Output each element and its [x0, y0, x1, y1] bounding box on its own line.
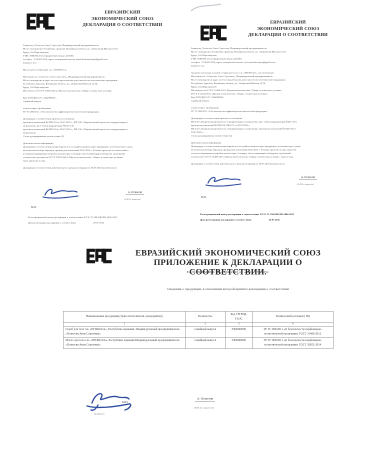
doc-right-stamp-place: М.П. [201, 196, 207, 199]
applicant-signature-icon [83, 388, 135, 414]
annex-text-layer: ЕВРАЗИЙСКИЙ ЭКОНОМИЧЕСКИЙ СОЮЗ ПРИЛОЖЕНИ… [30, 244, 360, 450]
doc-left-footer: Регистрационный номер декларации о соотв… [28, 215, 183, 226]
registration-date-line: Дата регистрации декларации о соответств… [28, 221, 183, 227]
col-header-quantity: Количество [185, 311, 225, 322]
doc-right-title: ЕВРАЗИЙСКИЙ ЭКОНОМИЧЕСКИЙ СОЮЗ ДЕКЛАРАЦИ… [243, 19, 333, 38]
product-table-header: Наименование продукции(страна изготовите… [63, 311, 333, 326]
declaration-doc-left: ЕВРАЗИЙСКИЙ ЭКОНОМИЧЕСКИЙ СОЮЗ ДЕКЛАРАЦИ… [0, 0, 187, 240]
cell-hs-code: 3304990000 [225, 337, 252, 348]
doc-left-body: Заявитель, Оганесян Анна Сергеевна, Инди… [23, 44, 173, 170]
registration-date-value: 29.07.2025 [93, 222, 104, 225]
scanned-documents-page: ЕВРАЗИЙСКИЙ ЭКОНОМИЧЕСКИЙ СОЮЗ ДЕКЛАРАЦИ… [0, 0, 375, 450]
doc-left-signatory-name: А. Оганесян [126, 191, 144, 195]
declaration-doc-right: ЕВРАЗИЙСКИЙ ЭКОНОМИЧЕСКИЙ СОЮЗ ДЕКЛАРАЦИ… [188, 0, 375, 240]
annex-declaration-number: ЕАЭС N АМ-00Б/ЛВ-1804-2025 от « 29 » 07 … [118, 270, 338, 274]
product-table: Наименование продукции(страна изготовите… [63, 311, 334, 349]
title-line: ДЕКЛАРАЦИЯ О СООТВЕТСТВИИ [243, 32, 333, 38]
annex-doc: ЕВРАЗИЙСКИЙ ЭКОНОМИЧЕСКИЙ СОЮЗ ПРИЛОЖЕНИ… [30, 244, 360, 450]
doc-left-text-layer: ЕВРАЗИЙСКИЙ ЭКОНОМИЧЕСКИЙ СОЮЗ ДЕКЛАРАЦИ… [0, 0, 187, 239]
table-row: Скраб для тела т.м. «INTRIGUA», Республи… [63, 326, 333, 337]
text-line: Декларация о соответствии действительна … [191, 163, 337, 167]
registration-date-label: Дата регистрации декларации о соответств… [200, 219, 252, 222]
doc-left-signatory-caption: (Ф.И.О. заявителя) [124, 198, 141, 201]
col-header-technical-regulation: Технический регламент, НД [252, 311, 333, 322]
annex-signatory-name: А. Оганесян [195, 397, 215, 402]
doc-left-stamp-place: М.П. [31, 206, 37, 209]
title-line: ДЕКЛАРАЦИЯ О СООТВЕТСТВИИ [75, 22, 170, 28]
registration-date-label: Дата регистрации декларации о соответств… [28, 222, 76, 225]
registration-date-value: 29.07.2025 [269, 219, 280, 222]
registration-date-line: Дата регистрации декларации о соответств… [200, 218, 360, 224]
doc-left-title: ЕВРАЗИЙСКИЙ ЭКОНОМИЧЕСКИЙ СОЮЗ ДЕКЛАРАЦИ… [75, 9, 170, 28]
cell-product-name: Скраб для тела т.м. «INTRIGUA», Республи… [63, 326, 185, 337]
cell-technical-regulation: ТР ТС 009/2011 «О безопасности парфюмерн… [252, 326, 333, 337]
table-row: Масло для тела т.м. «INTRIGUA», Республи… [63, 337, 333, 348]
col-header-product-name: Наименование продукции(страна изготовите… [63, 311, 185, 322]
col-header-hs-code: Код ТН ВЭД, ЕАЭС [225, 311, 252, 322]
cell-product-name: Масло для тела т.м. «INTRIGUA», Республи… [63, 337, 185, 348]
applicant-signature-icon [41, 186, 81, 200]
doc-right-text-layer: ЕВРАЗИЙСКИЙ ЭКОНОМИЧЕСКИЙ СОЮЗ ДЕКЛАРАЦИ… [188, 0, 375, 239]
doc-right-footer: Регистрационный номер декларации о соотв… [200, 212, 360, 223]
annex-title-line1: ЕВРАЗИЙСКИЙ ЭКОНОМИЧЕСКИЙ СОЮЗ [118, 248, 338, 258]
annex-subtitle: Сведения о продукции, в отношении которо… [102, 287, 354, 291]
applicant-signature-icon [204, 174, 244, 188]
cell-quantity: серийный выпуск [185, 326, 225, 337]
text-line: Декларация о соответствии действительна … [23, 167, 173, 171]
cell-hs-code: 3304990000 [225, 326, 252, 337]
cell-quantity: серийный выпуск [185, 337, 225, 348]
doc-right-body: Заявитель, Оганесян Анна Сергеевна, Инди… [191, 47, 337, 166]
cell-technical-regulation: ТР ТС 009/2011 «О безопасности парфюмерн… [252, 337, 333, 348]
annex-signatory-caption: (Ф.И.О. заявителя) [194, 407, 214, 410]
product-table-body: Скраб для тела т.м. «INTRIGUA», Республи… [63, 326, 333, 348]
doc-right-signatory-name: А. Оганесян [299, 176, 317, 180]
doc-right-signatory-caption: (Ф.И.О. заявителя) [297, 183, 314, 186]
